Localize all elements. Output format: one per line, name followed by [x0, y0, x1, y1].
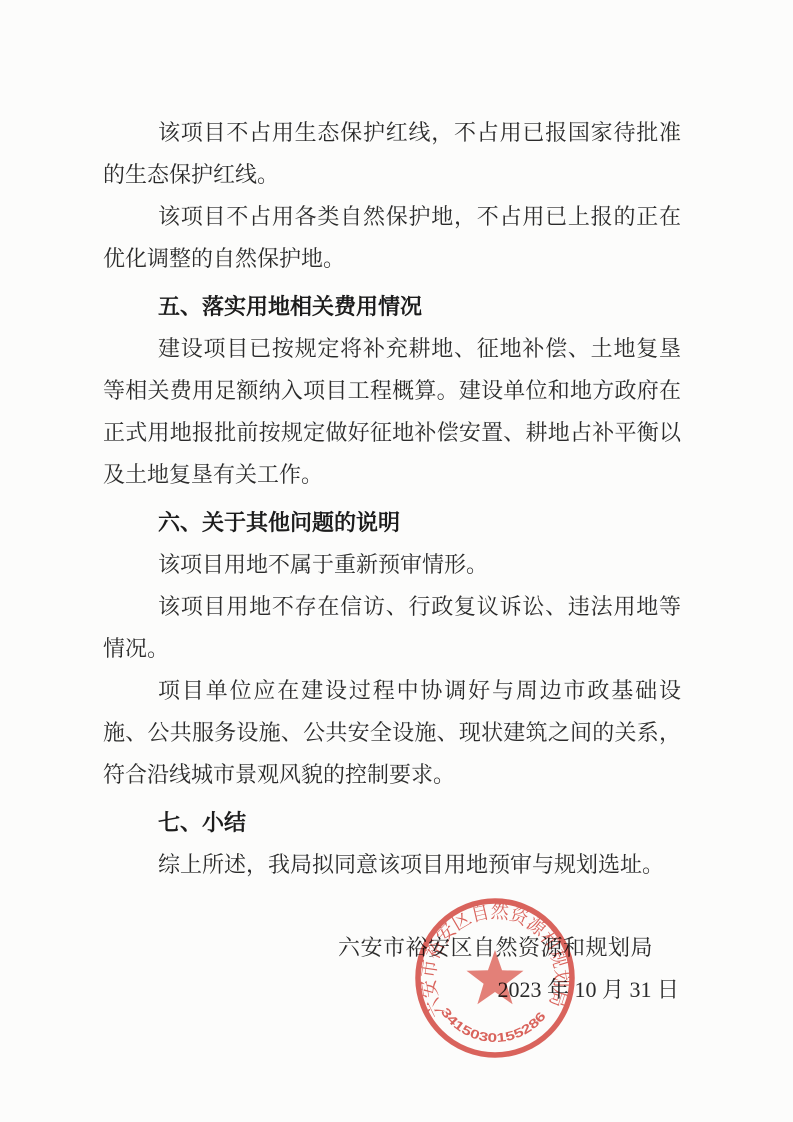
paragraph: 该项目不占用生态保护红线，不占用已报国家待批准的生态保护红线。 [103, 112, 681, 196]
section-heading: 五、落实用地相关费用情况 [103, 286, 681, 328]
paragraph: 该项目用地不属于重新预审情形。 [103, 544, 681, 586]
document-page: 该项目不占用生态保护红线，不占用已报国家待批准的生态保护红线。 该项目不占用各类… [0, 0, 793, 1122]
section-heading: 六、关于其他问题的说明 [103, 502, 681, 544]
paragraph: 建设项目已按规定将补充耕地、征地补偿、土地复垦等相关费用足额纳入项目工程概算。建… [103, 328, 681, 496]
issue-date: 2023 年 10 月 31 日 [103, 969, 679, 1011]
section-heading: 七、小结 [103, 802, 681, 844]
official-seal: 六安市裕安区自然资源和规划局 3415030155286 [410, 893, 580, 1063]
paragraph: 该项目用地不存在信访、行政复议诉讼、违法用地等情况。 [103, 586, 681, 670]
paragraph: 该项目不占用各类自然保护地，不占用已上报的正在优化调整的自然保护地。 [103, 196, 681, 280]
paragraph: 项目单位应在建设过程中协调好与周边市政基础设施、公共服务设施、公共安全设施、现状… [103, 670, 681, 796]
seal-number: 3415030155286 [438, 1005, 549, 1045]
document-body: 该项目不占用生态保护红线，不占用已报国家待批准的生态保护红线。 该项目不占用各类… [103, 112, 681, 1011]
paragraph: 综上所述，我局拟同意该项目用地预审与规划选址。 [103, 844, 681, 886]
star-icon [467, 950, 524, 1004]
